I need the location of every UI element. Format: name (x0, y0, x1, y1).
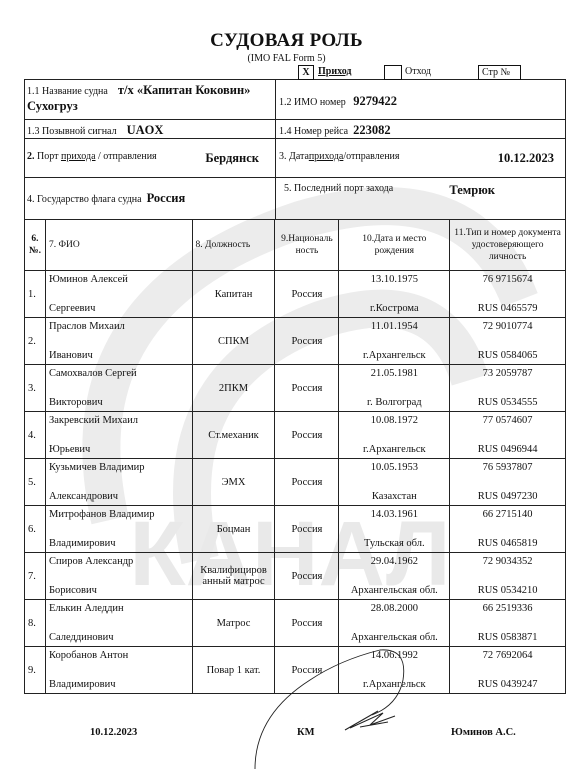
date-cell: 3. Датаприхода/отправления 10.12.2023 (275, 138, 566, 178)
crew-passport-number: RUS 0439247 (453, 679, 562, 690)
crew-rank: Ст.механик (192, 412, 275, 459)
crew-document: 66 2715140RUS 0465819 (450, 506, 566, 553)
arrival-checkbox[interactable]: X (298, 65, 314, 80)
crew-nationality: Россия (275, 600, 339, 647)
crew-patronymic: Александрович (49, 491, 189, 502)
crew-doc-number: 73 2059787 (453, 368, 562, 379)
callsign-label: 1.3 Позывной сигнал (27, 126, 117, 137)
crew-birth-place: г.Архангельск (342, 679, 446, 690)
crew-num: 8. (25, 600, 46, 647)
imo-cell: 1.2 ИМО номер 9279422 (275, 79, 566, 120)
crew-doc-number: 76 5937807 (453, 462, 562, 473)
crew-birth-date: 29.04.1962 (342, 556, 446, 567)
crew-birth-place: Архангельская обл. (342, 585, 446, 596)
callsign-value: UAOX (127, 123, 164, 137)
crew-num: 5. (25, 459, 46, 506)
crew-birth-date: 28.08.2000 (342, 603, 446, 614)
crew-nationality: Россия (275, 506, 339, 553)
document-title: СУДОВАЯ РОЛЬ (0, 30, 573, 52)
crew-patronymic: Владимирович (49, 679, 189, 690)
crew-nationality: Россия (275, 271, 339, 318)
crew-birth-date: 13.10.1975 (342, 274, 446, 285)
crew-num: 9. (25, 647, 46, 694)
crew-row: 4. Закревский МихаилЮрьевич Ст.механик Р… (25, 412, 566, 459)
crew-passport-number: RUS 0584065 (453, 350, 562, 361)
flag-value: Россия (147, 191, 186, 205)
crew-rank: ЭМХ (192, 459, 275, 506)
crew-document: 72 7692064RUS 0439247 (450, 647, 566, 694)
vessel-name-cell: 1.1 Название судна т/х «Капитан Коковин»… (24, 79, 276, 120)
date-label-num: 3. (279, 151, 287, 162)
crew-rank: Капитан (192, 271, 275, 318)
crew-rank: Квалифициров анный матрос (192, 553, 275, 600)
crew-doc-number: 72 9010774 (453, 321, 562, 332)
crew-doc-number: 66 2519336 (453, 603, 562, 614)
crew-surname-name: Елькин Аледдин (49, 603, 189, 614)
crew-birth: 11.01.1954г.Архангельск (339, 318, 450, 365)
crew-birth-place: Тульская обл. (342, 538, 446, 549)
crew-num: 1. (25, 271, 46, 318)
crew-birth-place: Казахстан (342, 491, 446, 502)
port-label-arrival: прихода (61, 151, 96, 162)
crew-row: 5. Кузьмичев ВладимирАлександрович ЭМХ Р… (25, 459, 566, 506)
crew-rank: СПКМ (192, 318, 275, 365)
crew-name: Юминов АлексейСергеевич (45, 271, 192, 318)
crew-row: 1. Юминов АлексейСергеевич Капитан Росси… (25, 271, 566, 318)
crew-birth-date: 11.01.1954 (342, 321, 446, 332)
header-rank: 8. Должность (192, 220, 275, 271)
crew-birth-date: 10.08.1972 (342, 415, 446, 426)
footer-date: 10.12.2023 (90, 727, 137, 738)
header-name: 7. ФИО (45, 220, 192, 271)
port-value: Бердянск (205, 151, 259, 165)
crew-surname-name: Кузьмичев Владимир (49, 462, 189, 473)
crew-table-header: 6. №. 7. ФИО 8. Должность 9.Националь но… (25, 220, 566, 271)
crew-document: 77 0574607RUS 0496944 (450, 412, 566, 459)
crew-name: Самохвалов СергейВикторович (45, 365, 192, 412)
crew-num: 4. (25, 412, 46, 459)
crew-passport-number: RUS 0465819 (453, 538, 562, 549)
last-port-value: Темрюк (449, 183, 495, 214)
crew-rank: Повар 1 кат. (192, 647, 275, 694)
crew-passport-number: RUS 0497230 (453, 491, 562, 502)
crew-num: 3. (25, 365, 46, 412)
crew-rank: Боцман (192, 506, 275, 553)
crew-doc-number: 72 7692064 (453, 650, 562, 661)
crew-surname-name: Митрофанов Владимир (49, 509, 189, 520)
crew-nationality: Россия (275, 647, 339, 694)
crew-patronymic: Юрьевич (49, 444, 189, 455)
crew-row: 2. Праслов МихаилИванович СПКМ Россия 11… (25, 318, 566, 365)
crew-name: Елькин АледдинСаледдинович (45, 600, 192, 647)
crew-rank: Матрос (192, 600, 275, 647)
vessel-name-label: 1.1 Название судна (27, 86, 108, 97)
header-nationality: 9.Националь ность (275, 220, 339, 271)
crew-birth: 10.08.1972г.Архангельск (339, 412, 450, 459)
voyage-label: 1.4 Номер рейса (279, 126, 348, 137)
crew-num: 2. (25, 318, 46, 365)
date-label-arrival: прихода (309, 151, 344, 162)
crew-table: 6. №. 7. ФИО 8. Должность 9.Националь но… (24, 219, 566, 694)
crew-name: Праслов МихаилИванович (45, 318, 192, 365)
crew-document: 73 2059787RUS 0534555 (450, 365, 566, 412)
departure-label: Отход (405, 66, 431, 77)
crew-birth-date: 21.05.1981 (342, 368, 446, 379)
crew-doc-number: 66 2715140 (453, 509, 562, 520)
crew-birth-place: г.Архангельск (342, 444, 446, 455)
crew-birth: 13.10.1975г.Кострома (339, 271, 450, 318)
port-label: Порт (37, 151, 58, 162)
crew-document: 72 9010774RUS 0584065 (450, 318, 566, 365)
crew-nationality: Россия (275, 412, 339, 459)
crew-nationality: Россия (275, 365, 339, 412)
crew-nationality: Россия (275, 553, 339, 600)
crew-surname-name: Спиров Александр (49, 556, 189, 567)
crew-passport-number: RUS 0534555 (453, 397, 562, 408)
flag-label: 4. Государство флага судна (27, 194, 142, 205)
crew-row: 7. Спиров АлександрБорисович Квалифициро… (25, 553, 566, 600)
vessel-name-value: т/х «Капитан Коковин» (118, 83, 251, 97)
crew-name: Коробанов АнтонВладимирович (45, 647, 192, 694)
crew-document: 72 9034352RUS 0534210 (450, 553, 566, 600)
crew-doc-number: 72 9034352 (453, 556, 562, 567)
crew-surname-name: Праслов Михаил (49, 321, 189, 332)
crew-birth-place: г.Архангельск (342, 350, 446, 361)
crew-surname-name: Закревский Михаил (49, 415, 189, 426)
port-label-num: 2. (27, 151, 35, 162)
voyage-value: 223082 (353, 123, 391, 137)
crew-patronymic: Викторович (49, 397, 189, 408)
crew-patronymic: Иванович (49, 350, 189, 361)
crew-birth: 21.05.1981г. Волгоград (339, 365, 450, 412)
callsign-cell: 1.3 Позывной сигнал UAOX (24, 119, 276, 139)
date-label-departure: /отправления (343, 151, 399, 162)
vessel-type-value: Сухогруз (27, 99, 273, 114)
voyage-cell: 1.4 Номер рейса 223082 (275, 119, 566, 139)
header-document: 11.Тип и номер документа удостоверяющего… (450, 220, 566, 271)
crew-name: Митрофанов ВладимирВладимирович (45, 506, 192, 553)
footer-signatory: Юминов А.С. (451, 727, 516, 738)
crew-row: 3. Самохвалов СергейВикторович 2ПКМ Росс… (25, 365, 566, 412)
document-subtitle: (IMO FAL Form 5) (0, 53, 573, 64)
crew-name: Спиров АлександрБорисович (45, 553, 192, 600)
date-value: 10.12.2023 (498, 151, 554, 165)
crew-birth-date: 14.03.1961 (342, 509, 446, 520)
crew-num: 7. (25, 553, 46, 600)
imo-label: 1.2 ИМО номер (279, 97, 346, 108)
crew-row: 9. Коробанов АнтонВладимирович Повар 1 к… (25, 647, 566, 694)
crew-passport-number: RUS 0534210 (453, 585, 562, 596)
crew-nationality: Россия (275, 459, 339, 506)
crew-row: 8. Елькин АледдинСаледдинович Матрос Рос… (25, 600, 566, 647)
crew-surname-name: Самохвалов Сергей (49, 368, 189, 379)
crew-birth-place: г. Волгоград (342, 397, 446, 408)
crew-row: 6. Митрофанов ВладимирВладимирович Боцма… (25, 506, 566, 553)
crew-birth: 28.08.2000Архангельская обл. (339, 600, 450, 647)
port-cell: 2. Порт прихода / отправления Бердянск (24, 138, 276, 178)
crew-name: Кузьмичев ВладимирАлександрович (45, 459, 192, 506)
crew-birth: 29.04.1962Архангельская обл. (339, 553, 450, 600)
crew-rank: 2ПКМ (192, 365, 275, 412)
crew-surname-name: Юминов Алексей (49, 274, 189, 285)
last-port-label: 5. Последний порт захода (284, 183, 393, 214)
crew-passport-number: RUS 0583871 (453, 632, 562, 643)
crew-birth-date: 14.06.1992 (342, 650, 446, 661)
crew-birth-place: Архангельская обл. (342, 632, 446, 643)
crew-patronymic: Сергеевич (49, 303, 189, 314)
header-birth: 10.Дата и место рождения (339, 220, 450, 271)
crew-birth: 14.03.1961Тульская обл. (339, 506, 450, 553)
page-number-box[interactable]: Стр № (478, 65, 521, 80)
flag-cell: 4. Государство флага судна Россия (24, 177, 276, 220)
arrival-label: Приход (318, 66, 352, 77)
crew-birth-date: 10.05.1953 (342, 462, 446, 473)
crew-document: 76 9715674RUS 0465579 (450, 271, 566, 318)
last-port-cell: 5. Последний порт захода Темрюк (275, 177, 566, 220)
date-label: Дата (289, 151, 309, 162)
crew-document: 66 2519336RUS 0583871 (450, 600, 566, 647)
crew-patronymic: Борисович (49, 585, 189, 596)
crew-doc-number: 76 9715674 (453, 274, 562, 285)
header-num: 6. №. (25, 220, 46, 271)
crew-nationality: Россия (275, 318, 339, 365)
crew-name: Закревский МихаилЮрьевич (45, 412, 192, 459)
crew-passport-number: RUS 0496944 (453, 444, 562, 455)
departure-checkbox[interactable] (384, 65, 402, 80)
crew-patronymic: Саледдинович (49, 632, 189, 643)
crew-num: 6. (25, 506, 46, 553)
crew-patronymic: Владимирович (49, 538, 189, 549)
port-label-departure: / отправления (98, 151, 157, 162)
crew-birth: 14.06.1992г.Архангельск (339, 647, 450, 694)
crew-surname-name: Коробанов Антон (49, 650, 189, 661)
crew-birth: 10.05.1953Казахстан (339, 459, 450, 506)
imo-value: 9279422 (353, 94, 397, 108)
crew-doc-number: 77 0574607 (453, 415, 562, 426)
footer-position: КМ (297, 727, 315, 738)
crew-birth-place: г.Кострома (342, 303, 446, 314)
crew-passport-number: RUS 0465579 (453, 303, 562, 314)
crew-document: 76 5937807RUS 0497230 (450, 459, 566, 506)
